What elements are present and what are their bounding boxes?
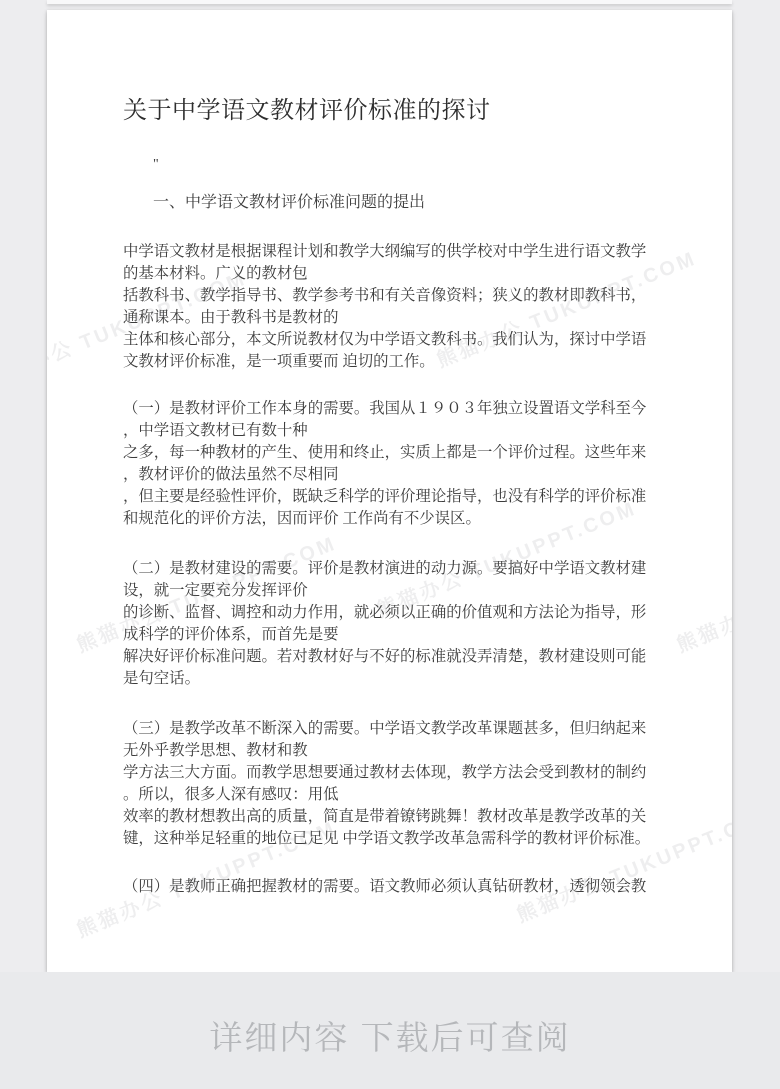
text-line: 的诊断、监督、调控和动力作用，就必须以正确的价值观和方法论为指导，形 [123, 602, 660, 624]
text-line: （二）是教材建设的需要。评价是教材演进的动力源。要搞好中学语文教材建 [123, 558, 660, 580]
text-line: ，教材评价的做法虽然不尽相同 [123, 464, 660, 486]
text-line: 文教材评价标准，是一项重要而 迫切的工作。 [123, 351, 660, 373]
document-page: 关于中学语文教材评价标准的探讨 " 一、中学语文教材评价标准问题的提出 中学语文… [47, 10, 732, 972]
text-line: （一）是教材评价工作本身的需要。我国从１９０３年独立设置语文学科至今 [123, 398, 660, 420]
text-line: 通称课本。由于教科书是教材的 [123, 307, 660, 329]
document-title: 关于中学语文教材评价标准的探讨 [123, 96, 660, 126]
text-line: 成科学的评价体系，而首先是要 [123, 624, 660, 646]
paragraph-intro: 中学语文教材是根据课程计划和教学大纲编写的供学校对中学生进行语文教学 的基本材料… [123, 241, 660, 373]
text-line: 的基本材料。广义的教材包 [123, 263, 660, 285]
text-line: 括教科书、教学指导书、教学参考书和有关音像资料；狭义的教材即教科书， [123, 285, 660, 307]
text-line: （三）是教学改革不断深入的需要。中学语文教学改革课题甚多，但归纳起来 [123, 718, 660, 740]
paragraph-point-2: （二）是教材建设的需要。评价是教材演进的动力源。要搞好中学语文教材建 设，就一定… [123, 558, 660, 690]
paragraph-point-3: （三）是教学改革不断深入的需要。中学语文教学改革课题甚多，但归纳起来 无外乎教学… [123, 718, 660, 850]
text-line: 和规范化的评价方法，因而评价 工作尚有不少误区。 [123, 508, 660, 530]
text-line: 键，这种举足轻重的地位已足见 中学语文教学改革急需科学的教材评价标准。 [123, 828, 660, 850]
text-line: 解决好评价标准问题。若对教材好与不好的标准就没弄清楚，教材建设则可能 [123, 646, 660, 668]
text-line: （四）是教师正确把握教材的需要。语文教师必须认真钻研教材，透彻领会教 [123, 876, 660, 898]
text-line: 是句空话。 [123, 668, 660, 690]
text-line: ，但主要是经验性评价，既缺乏科学的评价理论指导，也没有科学的评价标准 [123, 486, 660, 508]
text-line: 效率的教材想教出高的质量，简直是带着镣铐跳舞！教材改革是教学改革的关 [123, 806, 660, 828]
quote-mark: " [153, 157, 660, 173]
previous-page-edge [47, 0, 732, 4]
text-line: 之多，每一种教材的产生、使用和终止，实质上都是一个评价过程。这些年来 [123, 442, 660, 464]
download-hint: 详细内容 下载后可查阅 [0, 1012, 780, 1059]
watermark-text: 熊猫办公 TUKUPPT.COM [672, 527, 732, 658]
paragraph-point-4: （四）是教师正确把握教材的需要。语文教师必须认真钻研教材，透彻领会教 [123, 876, 660, 898]
text-line: 主体和核心部分，本文所说教材仅为中学语文教科书。我们认为，探讨中学语 [123, 329, 660, 351]
text-line: ，中学语文教材已有数十种 [123, 420, 660, 442]
text-line: 。所以，很多人深有感叹：用低 [123, 784, 660, 806]
paragraph-point-1: （一）是教材评价工作本身的需要。我国从１９０３年独立设置语文学科至今 ，中学语文… [123, 398, 660, 530]
text-line: 中学语文教材是根据课程计划和教学大纲编写的供学校对中学生进行语文教学 [123, 241, 660, 263]
text-line: 学方法三大方面。而教学思想要通过教材去体现，教学方法会受到教材的制约 [123, 762, 660, 784]
text-line: 无外乎教学思想、教材和教 [123, 740, 660, 762]
text-line: 设，就一定要充分发挥评价 [123, 580, 660, 602]
section-heading: 一、中学语文教材评价标准问题的提出 [153, 192, 660, 213]
